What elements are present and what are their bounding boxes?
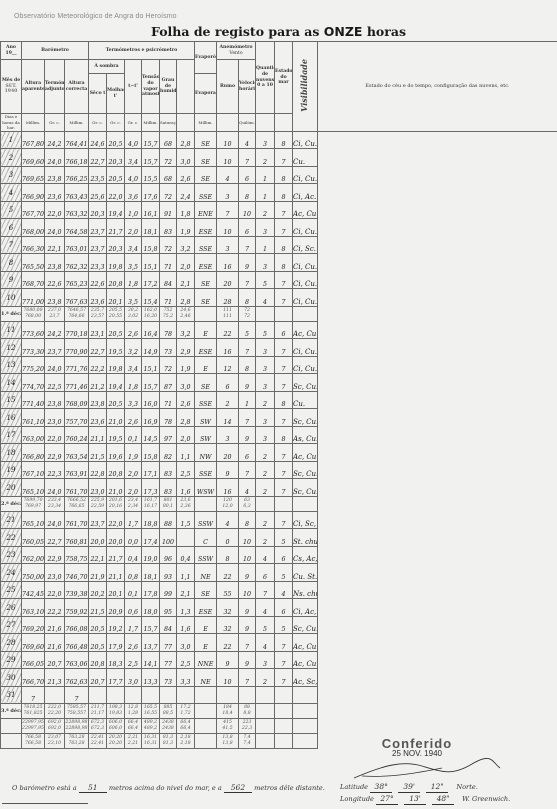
day-number: 26: [1, 599, 22, 617]
cell-alt-c: 761,70: [65, 479, 89, 497]
sky-observation: Cu. St. chuva leve contínua: [293, 564, 318, 582]
cell-evap: 2,6: [177, 391, 195, 409]
summary-cell: 66,466,4: [125, 719, 142, 734]
sky-observation: Ci, Cu.: [293, 356, 318, 374]
cell-molh: 22,0: [107, 511, 125, 529]
cell-nuv: 8: [239, 356, 256, 374]
cell-term: 22,2: [45, 599, 65, 617]
register-table: Ano 19__ Barómetro Termómetros e psicróm…: [0, 41, 557, 749]
cell-alt-ap: 768,00: [22, 219, 45, 237]
summary-row: 3.ª década7618,25761,825222,022,207585,5…: [1, 704, 557, 719]
sky-observation: Cu.: [293, 391, 318, 409]
summary-cell: 75275,2: [160, 306, 177, 321]
cell-tens: 16,9: [142, 409, 160, 427]
summary-cell: [195, 719, 217, 734]
cell-diff: 1,8: [125, 374, 142, 392]
cell-vis: 6: [275, 599, 293, 617]
cell-rumo: SSE: [195, 184, 217, 202]
summary-cell: 41541,5: [217, 719, 239, 734]
summary-cell: 22997,9522997,95: [22, 719, 45, 734]
cell-vis: 8: [275, 426, 293, 444]
cell-vel: 4: [217, 511, 239, 529]
day-row: 1767,8024,2764,4124,620,54,015,7682,8SE1…: [1, 131, 557, 149]
cell-nuv: 4: [239, 131, 256, 149]
cell-alt-ap: 765,10: [22, 479, 45, 497]
cell-molh: 19,8: [107, 356, 125, 374]
day-number: 11: [1, 321, 22, 339]
day-row: 12773,3023,7770,9022,719,53,214,9732,9ES…: [1, 339, 557, 357]
cell-term: 24,2: [45, 131, 65, 149]
cell-rumo: NE: [195, 669, 217, 687]
day-row: 6768,0024,0764,5823,721,72,018,1831,9ESE…: [1, 219, 557, 237]
cell-diff: 0,6: [125, 599, 142, 617]
sky-observation: Ci, Cu.: [293, 166, 318, 184]
cell-molh: 20,5: [107, 166, 125, 184]
cell-hum: 68: [160, 131, 177, 149]
summary-cell: 13,813,8: [217, 734, 239, 749]
summary-cell: 198,319,83: [107, 704, 125, 719]
molhado-header: Molhado t': [107, 74, 125, 114]
cell-seco: 20,2: [89, 581, 107, 599]
cell-term: 23,8: [45, 289, 65, 307]
cell-hum: 77: [160, 651, 177, 669]
cell-alt-ap: 771,40: [22, 391, 45, 409]
cell-nuv: 7: [239, 149, 256, 167]
day-row: 30766,7021,3762,6320,717,73,013,3733,3NE…: [1, 669, 557, 687]
cell-hum: 73: [160, 339, 177, 357]
cell-seco: 20,3: [89, 201, 107, 219]
cell-term: 21,6: [45, 634, 65, 652]
sky-observation: Ac, Sc, Cu.: [293, 669, 318, 687]
day-number: 22: [1, 529, 22, 547]
cell-tens: 15,7: [142, 374, 160, 392]
cell-vis: 7: [275, 651, 293, 669]
cell-hum: 71: [160, 254, 177, 272]
cell-evap: 1,6: [177, 479, 195, 497]
cell-evap: 2,8: [177, 131, 195, 149]
cell-vel: 8: [217, 546, 239, 564]
longitude: Longitude 27°13'48" W. Greenwich.: [340, 793, 510, 805]
a-sombra-header: À sombra: [89, 60, 125, 74]
cell-alt-c: 765,23: [65, 271, 89, 289]
cell-evap: 3,0: [177, 149, 195, 167]
cell-molh: 20,1: [107, 289, 125, 307]
year-header: Ano 19__: [1, 42, 22, 60]
cell-alt-c: 767,63: [65, 289, 89, 307]
sky-observation: Ci, Sc. Cu.: [293, 236, 318, 254]
cell-hum: 84: [160, 271, 177, 289]
cell-vel: 16: [217, 339, 239, 357]
cell-tens: 17,2: [142, 271, 160, 289]
cell-alt-ap: 766,30: [22, 236, 45, 254]
summary-cell: 23,42,34: [125, 496, 142, 511]
cell-alt-c: 764,58: [65, 219, 89, 237]
summary-cell: 7646,57764,66: [65, 306, 89, 321]
summary-cell: 81,381,3: [160, 734, 177, 749]
cell-term: 22,5: [45, 374, 65, 392]
termometros-header: Termómetros e psicrómetro: [89, 42, 195, 60]
sky-observation: Ac, Cu. Bruma: [293, 321, 318, 339]
cell-hum: 77: [160, 634, 177, 652]
cell-diff: 1,7: [125, 616, 142, 634]
cell-alt-c: 763,06: [65, 651, 89, 669]
cell-alt-c: 746,70: [65, 564, 89, 582]
day-number: 9: [1, 271, 22, 289]
cell-vis: 8: [275, 166, 293, 184]
cell-alt-ap: 771,00: [22, 289, 45, 307]
summary-cell: 24,62,46: [177, 306, 195, 321]
cell-alt-c: 766,48: [65, 634, 89, 652]
cell-evap: 1,1: [177, 444, 195, 462]
cell-diff: 0,1: [125, 581, 142, 599]
latitude: Latitude 38°39'12" Norte.: [340, 781, 510, 793]
cell-alt-c: 760,24: [65, 426, 89, 444]
cell-seco: 23,7: [89, 219, 107, 237]
summary-cell: 489,2489,2: [142, 719, 160, 734]
cell-vis: 8: [275, 184, 293, 202]
summary-cell: 237,023,7: [45, 306, 65, 321]
day-number: 7: [1, 236, 22, 254]
cell-alt-c: 771,76: [65, 356, 89, 374]
cell-rumo: E: [195, 634, 217, 652]
cell-mar: 1: [256, 184, 275, 202]
cell-hum: 91: [160, 201, 177, 219]
cell-vel: 55: [217, 581, 239, 599]
visibilidade-header: Visibilidade: [293, 42, 318, 132]
cell-alt-c: 757,70: [65, 409, 89, 427]
day-row: 26763,1022,2759,9221,520,90,618,0951,3ES…: [1, 599, 557, 617]
cell-seco: 20,0: [89, 529, 107, 547]
cell-mar: 3: [256, 651, 275, 669]
cell-evap: 2,1: [177, 581, 195, 599]
cell-vis: 7: [275, 461, 293, 479]
cell-alt-c: 739,38: [65, 581, 89, 599]
cell-mar: 3: [256, 219, 275, 237]
cell-term: 23,7: [45, 339, 65, 357]
cell-mar: 2: [256, 391, 275, 409]
cell-nuv: 6: [239, 166, 256, 184]
cell-vel: 3: [217, 236, 239, 254]
cell-seco: 21,5: [89, 599, 107, 617]
cell-molh: 21,7: [107, 219, 125, 237]
cell-evap: 3,3: [177, 669, 195, 687]
cell-molh: 20,8: [107, 461, 125, 479]
cell-vel: 32: [217, 599, 239, 617]
cell-vis: 5: [275, 564, 293, 582]
cell-rumo: E: [195, 321, 217, 339]
cell-tens: 17,1: [142, 461, 160, 479]
day-row: 7766,3022,1763,0123,720,33,415,8723,2SSE…: [1, 236, 557, 254]
cell-vel: 28: [217, 289, 239, 307]
cell-seco: 23,1: [89, 321, 107, 339]
cell-seco: 21,2: [89, 374, 107, 392]
cell-nuv: 7: [239, 461, 256, 479]
cell-nuv: 9: [239, 374, 256, 392]
cell-seco: 20,8: [89, 651, 107, 669]
cell-rumo: SSE: [195, 236, 217, 254]
cell-term: 23,8: [45, 166, 65, 184]
cell-nuv: 9: [239, 651, 256, 669]
cell-alt-c: 7: [65, 686, 89, 704]
day-row: 28769,6021,6766,4820,517,92,613,7773,0E2…: [1, 634, 557, 652]
cell-alt-ap: 769,20: [22, 616, 45, 634]
cell-vis: 7: [275, 271, 293, 289]
cell-tens: 16,0: [142, 391, 160, 409]
cell-hum: [160, 686, 177, 704]
cell-term: 22,0: [45, 581, 65, 599]
cell-evap: 1,8: [177, 201, 195, 219]
day-number: 6: [1, 219, 22, 237]
cell-rumo: SSW: [195, 546, 217, 564]
cell-vel: 10: [217, 219, 239, 237]
summary-cell: 16,3116,31: [142, 734, 160, 749]
cell-molh: 20,9: [107, 599, 125, 617]
sky-observation: Ci, Cu.: [293, 254, 318, 272]
cell-term: 23,8: [45, 391, 65, 409]
cell-mar: 2: [256, 511, 275, 529]
cell-seco: 22,6: [89, 271, 107, 289]
day-row: 24750,0023,0746,7021,921,10,818,1931,1NE…: [1, 564, 557, 582]
cell-alt-c: 762,63: [65, 669, 89, 687]
cell-alt-ap: 765,50: [22, 254, 45, 272]
cell-alt-c: 759,92: [65, 599, 89, 617]
cell-nuv: 10: [239, 201, 256, 219]
summary-cell: 161,716,17: [142, 496, 160, 511]
cell-tens: 15,8: [142, 236, 160, 254]
sky-observation: Ac, Cu.: [293, 634, 318, 652]
cell-alt-c: 763,54: [65, 444, 89, 462]
cell-vis: 4: [275, 581, 293, 599]
day-row: 4766,9023,6763,4325,622,03,617,6722,4SSE…: [1, 184, 557, 202]
cell-seco: 23,8: [89, 391, 107, 409]
summary-cell: 162,016,20: [142, 306, 160, 321]
cell-tens: 15,1: [142, 356, 160, 374]
cell-diff: 2,6: [125, 409, 142, 427]
cell-mar: 3: [256, 426, 275, 444]
cell-hum: 73: [160, 669, 177, 687]
cell-term: 20,7: [45, 651, 65, 669]
cell-diff: 2,6: [125, 321, 142, 339]
cell-molh: 19,4: [107, 374, 125, 392]
cell-term: 22,0: [45, 201, 65, 219]
cell-alt-ap: 769,60: [22, 634, 45, 652]
cell-rumo: SSE: [195, 461, 217, 479]
cell-vel: 32: [217, 616, 239, 634]
summary-cell: 66,466,4: [177, 719, 195, 734]
summary-cell: 80180,1: [160, 496, 177, 511]
day-number: 24: [1, 564, 22, 582]
cell-nuv: 1: [239, 391, 256, 409]
cell-rumo: SE: [195, 271, 217, 289]
cell-alt-ap: 769,65: [22, 166, 45, 184]
cell-alt-c: 771,46: [65, 374, 89, 392]
cell-vis: 7: [275, 409, 293, 427]
cell-diff: 3,3: [125, 391, 142, 409]
cell-nuv: 8: [239, 511, 256, 529]
cell-hum: 97: [160, 426, 177, 444]
cell-mar: 5: [256, 271, 275, 289]
altura-aparente-header: Altura aparente: [22, 60, 45, 114]
day-number: 21: [1, 511, 22, 529]
summary-cell: 111111: [217, 306, 239, 321]
cell-nuv: 6: [239, 219, 256, 237]
sky-observation: Sc, Cu. chuva fraca intermitente: [293, 374, 318, 392]
cell-evap: 2,0: [177, 254, 195, 272]
cell-tens: 14,5: [142, 426, 160, 444]
cell-nuv: 8: [239, 184, 256, 202]
day-number: 8: [1, 254, 22, 272]
cell-molh: 20,3: [107, 149, 125, 167]
tensao-header: Tensão do vapor atmosférico: [142, 60, 160, 114]
page-title: Folha de registo para as ONZE horas: [0, 24, 557, 39]
cell-term: 23,0: [45, 409, 65, 427]
cell-hum: 83: [160, 479, 177, 497]
cell-tens: 13,3: [142, 669, 160, 687]
cell-hum: 68: [160, 166, 177, 184]
cell-alt-ap: 742,45: [22, 581, 45, 599]
cell-vis: 8: [275, 236, 293, 254]
cell-vel: 22: [217, 564, 239, 582]
summary-cell: 17,21,72: [177, 704, 195, 719]
cell-seco: 20,5: [89, 616, 107, 634]
cell-alt-ap: 767,10: [22, 461, 45, 479]
cell-evap: 1,3: [177, 599, 195, 617]
cell-diff: 3,2: [125, 339, 142, 357]
cell-alt-c: 758,75: [65, 546, 89, 564]
summary-row: 22997,9522997,95692,0692,022898,9822898,…: [1, 719, 557, 734]
summary-cell: 22322,3: [239, 719, 256, 734]
sky-observation: Ac, Cu. Tempo de chuviscos afastou-se de…: [293, 651, 318, 669]
cell-diff: 0,1: [125, 426, 142, 444]
cell-term: 24,0: [45, 511, 65, 529]
table-body: 1767,8024,2764,4124,620,54,015,7682,8SE1…: [1, 131, 557, 749]
cell-nuv: 5: [239, 321, 256, 339]
summary-label: 2.ª década: [1, 496, 22, 511]
day-row: 11773,6024,2770,1823,120,52,616,4783,2E2…: [1, 321, 557, 339]
cell-mar: 2: [256, 461, 275, 479]
cell-tens: 14,1: [142, 651, 160, 669]
cell-diff: 0,0: [125, 529, 142, 547]
cell-vel: 2: [217, 391, 239, 409]
cell-mar: 4: [256, 599, 275, 617]
day-header: Dias e horas da hor.: [1, 114, 22, 132]
day-number: 19: [1, 461, 22, 479]
barometro-header: Barómetro: [22, 42, 89, 60]
summary-cell: [195, 306, 217, 321]
cell-rumo: SSE: [195, 391, 217, 409]
evaporometro-header: Evaporómetro: [195, 42, 217, 74]
cell-mar: 6: [256, 564, 275, 582]
day-row: 22760,0522,7760,8120,020,00,017,4100C010…: [1, 529, 557, 547]
day-number: 25: [1, 581, 22, 599]
day-row: 27769,2021,6766,0820,519,21,715,7841,6E3…: [1, 616, 557, 634]
cell-tens: 18,8: [142, 511, 160, 529]
sky-observation: Ns. chuva moderada contínua: [293, 581, 318, 599]
summary-cell: 2,182,18: [177, 734, 195, 749]
summary-cell: 24382438: [160, 719, 177, 734]
cell-term: 22,9: [45, 546, 65, 564]
cell-molh: 21,7: [107, 546, 125, 564]
cell-evap: 2,5: [177, 651, 195, 669]
summary-row: 1.ª década7680,00768,00237,023,77646,577…: [1, 306, 557, 321]
cell-evap: 2,4: [177, 184, 195, 202]
cell-vis: [275, 686, 293, 704]
cell-mar: 3: [256, 356, 275, 374]
summary-cell: 763,28763,28: [65, 734, 89, 749]
day-number: 27: [1, 616, 22, 634]
day-number: 13: [1, 356, 22, 374]
cell-vis: 8: [275, 131, 293, 149]
cell-diff: 4,0: [125, 166, 142, 184]
cell-nuv: 10: [239, 546, 256, 564]
summary-cell: 205,520,55: [107, 306, 125, 321]
day-row: 16761,1023,0757,7023,621,02,616,9782,8SW…: [1, 409, 557, 427]
cell-vis: 7: [275, 511, 293, 529]
cell-evap: 3,2: [177, 321, 195, 339]
cell-hum: 71: [160, 289, 177, 307]
cell-evap: 2,1: [177, 271, 195, 289]
day-number: 14: [1, 374, 22, 392]
barometer-distance: 562: [224, 783, 252, 793]
cell-vel: 14: [217, 409, 239, 427]
cell-hum: 72: [160, 149, 177, 167]
cell-seco: 20,5: [89, 634, 107, 652]
cell-seco: 21,9: [89, 564, 107, 582]
cell-mar: 5: [256, 321, 275, 339]
day-number: 4: [1, 184, 22, 202]
cell-evap: 2,5: [177, 461, 195, 479]
cell-tens: 15,8: [142, 444, 160, 462]
summary-cell: 2,212,21: [125, 734, 142, 749]
cell-seco: 23,6: [89, 289, 107, 307]
extra-header: [177, 60, 195, 114]
cell-vel: 0: [217, 529, 239, 547]
cell-vis: 7: [275, 149, 293, 167]
cell-nuv: [239, 686, 256, 704]
summary-cell: 88588,5: [160, 704, 177, 719]
cell-mar: 2: [256, 201, 275, 219]
day-number: 15: [1, 391, 22, 409]
sky-observation: St. chuva moderada contínua: [293, 529, 318, 547]
day-number: 16: [1, 409, 22, 427]
summary-row: 766,58766,5823,0723,10763,28763,2822,412…: [1, 734, 557, 749]
cell-hum: 93: [160, 564, 177, 582]
cell-evap: 3,0: [177, 374, 195, 392]
estado-ceu-header: Estado do céu e do tempo, configuração d…: [318, 42, 557, 132]
cell-evap: 2,9: [177, 339, 195, 357]
cell-evap: 1,6: [177, 616, 195, 634]
cell-alt-ap: 761,10: [22, 409, 45, 427]
cell-molh: [107, 686, 125, 704]
summary-cell: 165,516,55: [142, 704, 160, 719]
day-row: 25742,4522,0739,3820,220,10,117,8992,1SE…: [1, 581, 557, 599]
cell-mar: 2: [256, 669, 275, 687]
cell-hum: 72: [160, 184, 177, 202]
day-row: 21765,1024,0761,7023,722,01,718,8881,5SS…: [1, 511, 557, 529]
cell-alt-c: 768,09: [65, 391, 89, 409]
cell-rumo: ESE: [195, 254, 217, 272]
cell-term: 21,3: [45, 669, 65, 687]
cell-term: 22,9: [45, 444, 65, 462]
cell-tens: 15,4: [142, 289, 160, 307]
mar-header: Estado do mar: [275, 42, 293, 114]
day-number: 3: [1, 166, 22, 184]
cell-tens: 13,7: [142, 634, 160, 652]
cell-rumo: SE: [195, 149, 217, 167]
cell-term: 24,0: [45, 219, 65, 237]
cell-molh: 20,5: [107, 131, 125, 149]
summary-cell: 30,23,02: [125, 306, 142, 321]
